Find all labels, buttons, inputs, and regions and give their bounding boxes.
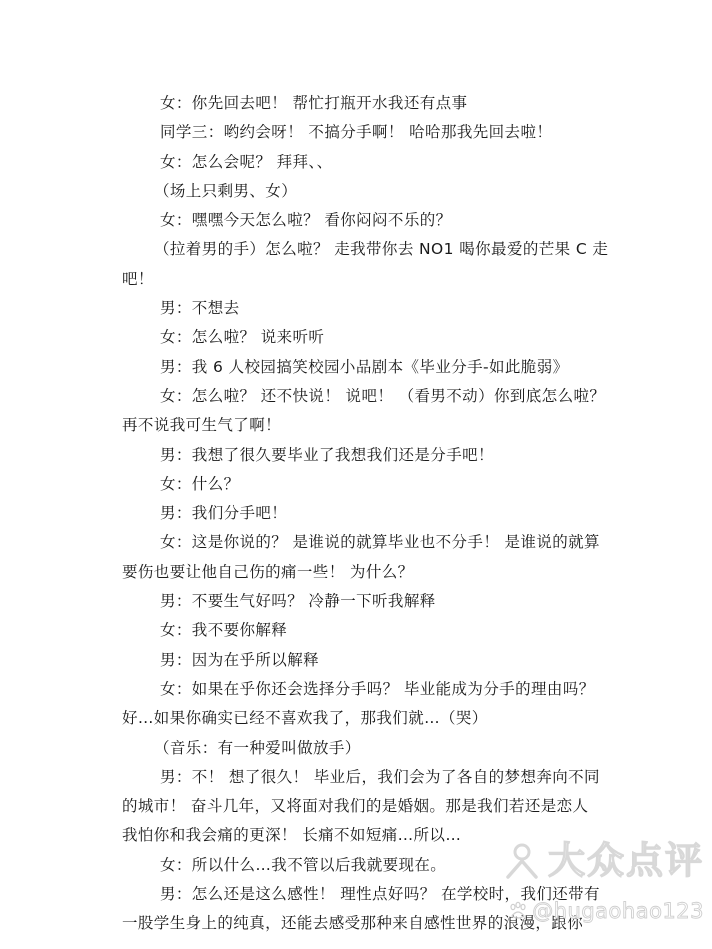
stage-direction: （音乐：有一种爱叫做放手） — [122, 734, 642, 763]
wrapped-line: 好…如果你确实已经不喜欢我了，那我们就…（哭） — [122, 704, 642, 733]
dialogue-line: 女：如果在乎你还会选择分手吗？ 毕业能成为分手的理由吗？ — [122, 675, 642, 704]
wrapped-line: 的城市！ 奋斗几年，又将面对我们的是婚姻。那是我们若还是恋人 — [122, 792, 642, 821]
dialogue-line: 女：这是你说的？ 是谁说的就算毕业也不分手！ 是谁说的就算 — [122, 528, 642, 557]
dianping-person-icon — [502, 841, 542, 881]
script-text: 女：你先回去吧！ 帮忙打瓶开水我还有点事 同学三：哟约会呀！ 不搞分手啊！ 哈哈… — [122, 89, 642, 939]
wrapped-line: 再不说我可生气了啊！ — [122, 411, 642, 440]
dialogue-line: 男：我们分手吧！ — [122, 499, 642, 528]
dialogue-line: 女：我不要你解释 — [122, 616, 642, 645]
dialogue-line: 女：你先回去吧！ 帮忙打瓶开水我还有点事 — [122, 89, 642, 118]
dialogue-line: 女：嘿嘿今天怎么啦？ 看你闷闷不乐的？ — [122, 206, 642, 235]
dialogue-line: 男：不！ 想了很久！ 毕业后，我们会为了各自的梦想奔向不同 — [122, 763, 642, 792]
dialogue-line: 男：我 6 人校园搞笑校园小品剧本《毕业分手-如此脆弱》 — [122, 353, 642, 382]
dialogue-line: 男：我想了很久要毕业了我想我们还是分手吧！ — [122, 441, 642, 470]
watermark: 大众点评 @hugaohao123 — [474, 838, 704, 938]
stage-direction: （场上只剩男、女） — [122, 177, 642, 206]
stage-direction: （拉着男的手）怎么啦？ 走我带你去 NO1 喝你最爱的芒果 C 走 — [122, 235, 642, 264]
dialogue-line: 男：不要生气好吗？ 冷静一下听我解释 — [122, 587, 642, 616]
watermark-handle: @hugaohao123 — [474, 898, 704, 924]
dialogue-line: 女：怎么会呢？ 拜拜、、 — [122, 148, 642, 177]
wrapped-line: 吧！ — [122, 265, 642, 294]
watermark-brand-text: 大众点评 — [548, 838, 704, 884]
dialogue-line: 女：怎么啦？ 说来听听 — [122, 323, 642, 352]
wrapped-line: 要伤也要让他自己伤的痛一些！ 为什么？ — [122, 558, 642, 587]
dialogue-line: 女：什么？ — [122, 470, 642, 499]
document-page: 女：你先回去吧！ 帮忙打瓶开水我还有点事 同学三：哟约会呀！ 不搞分手啊！ 哈哈… — [0, 0, 712, 949]
dialogue-line: 男：不想去 — [122, 294, 642, 323]
watermark-brand: 大众点评 — [474, 838, 704, 884]
dialogue-line: 同学三：哟约会呀！ 不搞分手啊！ 哈哈那我先回去啦！ — [122, 118, 642, 147]
dialogue-line: 女：怎么啦？ 还不快说！ 说吧！ （看男不动）你到底怎么啦？ — [122, 382, 642, 411]
dialogue-line: 男：因为在乎所以解释 — [122, 646, 642, 675]
watermark-handle-text: @hugaohao123 — [532, 898, 704, 924]
paw-icon — [508, 901, 528, 921]
